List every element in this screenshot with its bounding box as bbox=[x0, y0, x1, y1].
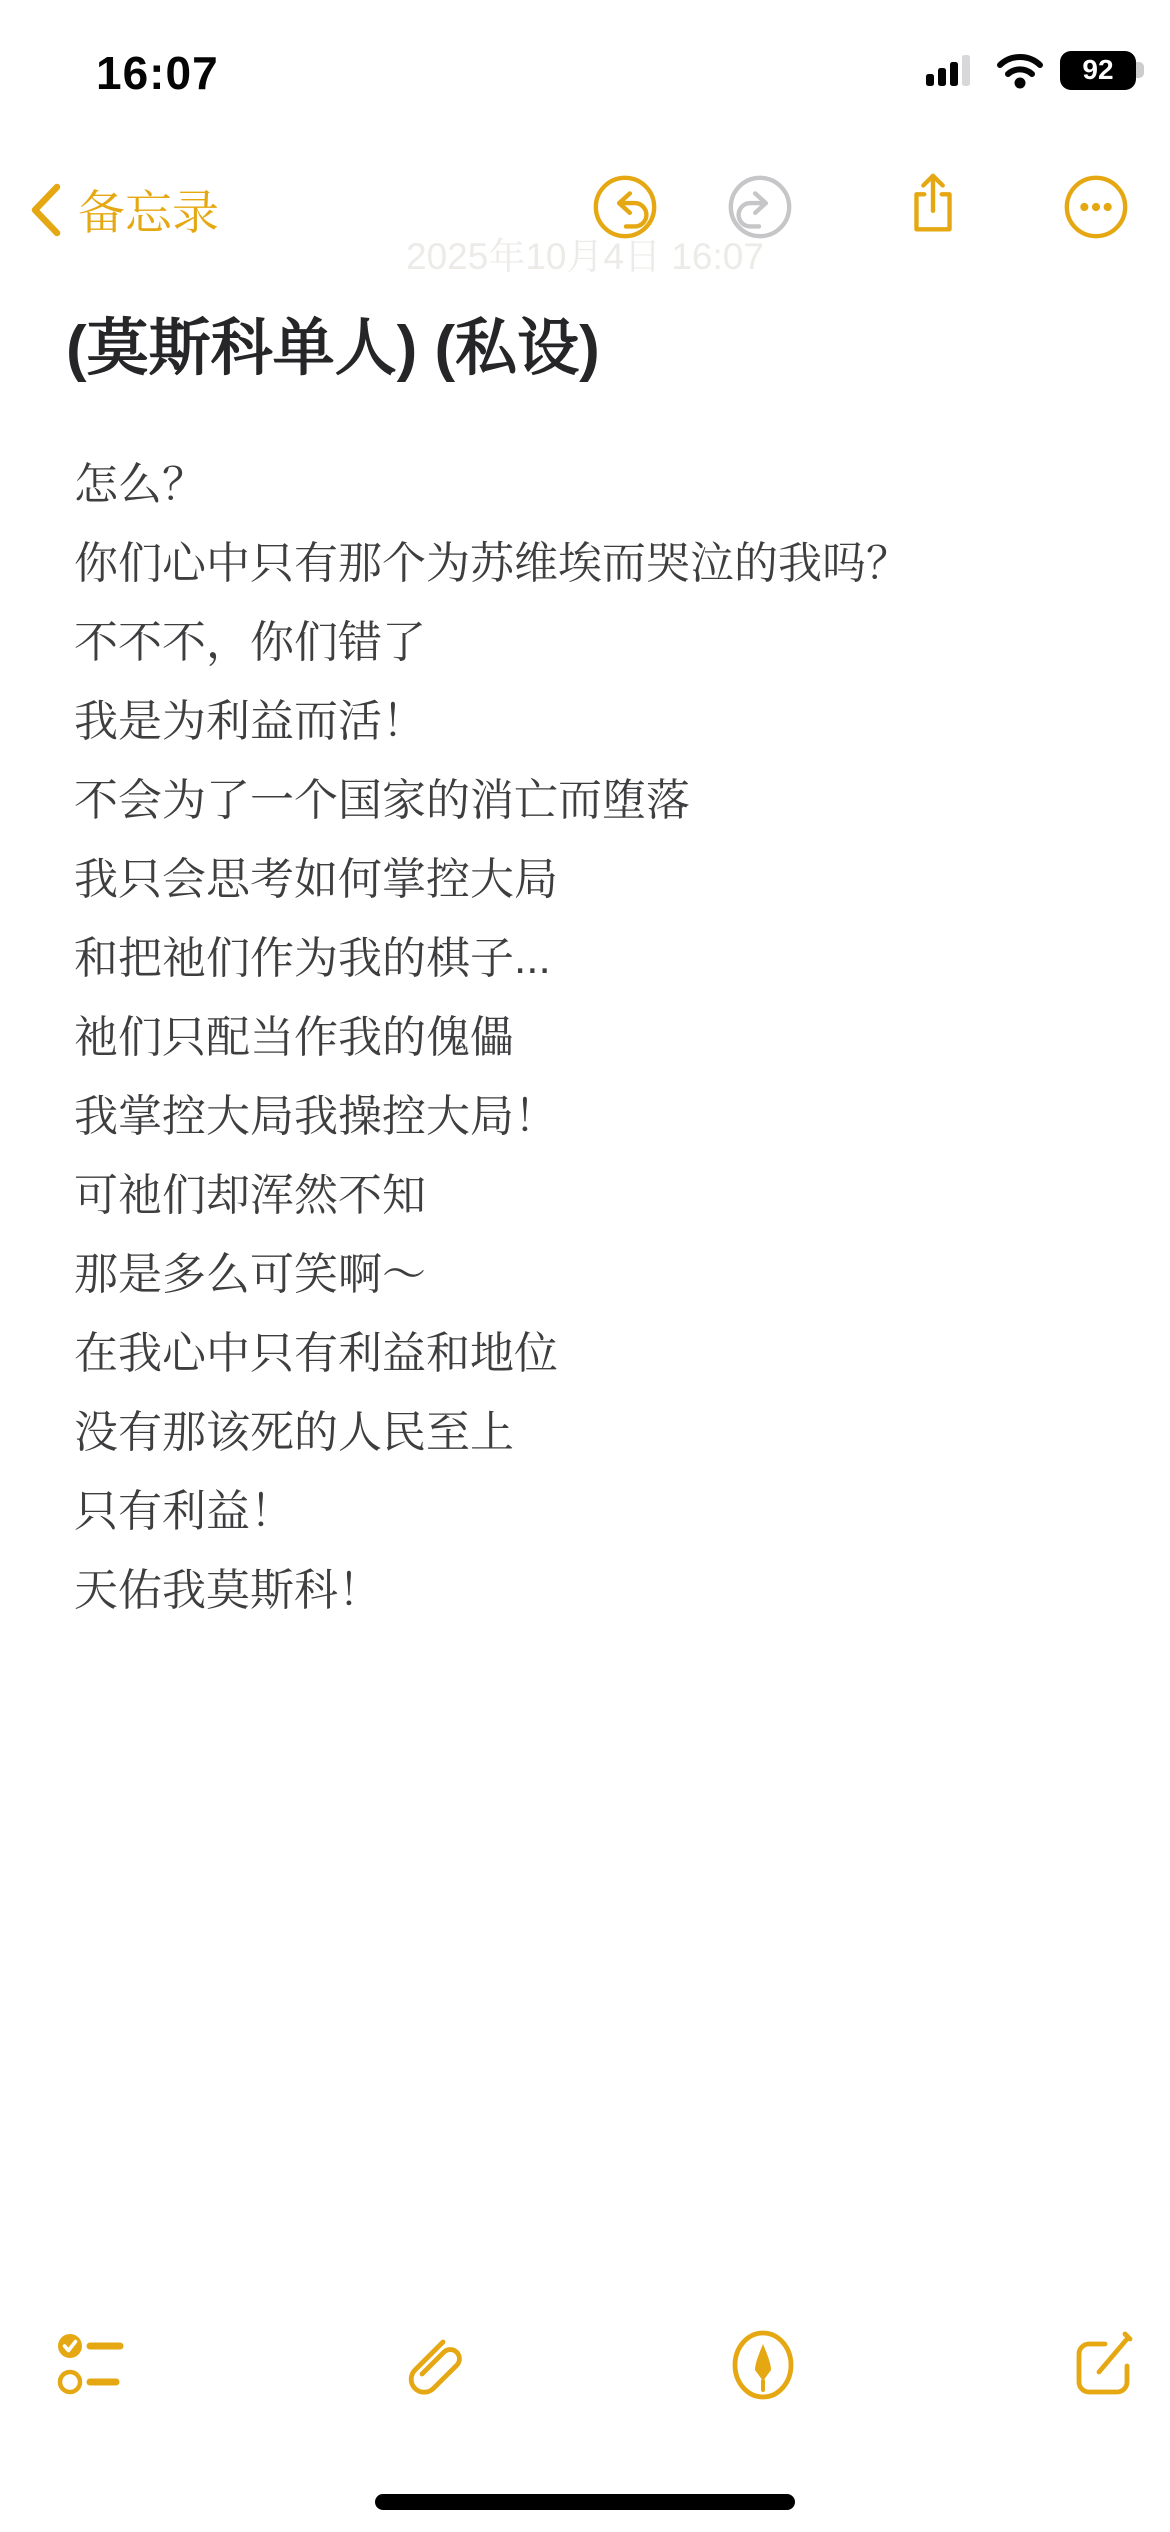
cellular-signal-icon bbox=[924, 50, 980, 90]
note-line[interactable]: 只有利益！ bbox=[74, 1467, 1140, 1546]
chevron-left-icon bbox=[26, 180, 66, 240]
battery-tip bbox=[1136, 62, 1144, 78]
compose-button[interactable] bbox=[1063, 2326, 1141, 2404]
wifi-icon bbox=[994, 50, 1046, 90]
battery-indicator: 92 bbox=[1060, 51, 1144, 90]
note-line[interactable]: 天佑我莫斯科！ bbox=[74, 1546, 1140, 1625]
battery-percent: 92 bbox=[1060, 51, 1136, 90]
home-indicator[interactable] bbox=[375, 2494, 795, 2510]
note-body[interactable]: 怎么？ 你们心中只有那个为苏维埃而哭泣的我吗？ 不不不，你们错了 我是为利益而活… bbox=[74, 440, 1140, 1625]
note-line[interactable]: 在我心中只有利益和地位 bbox=[74, 1309, 1140, 1388]
note-line[interactable]: 我掌控大局我操控大局！ bbox=[74, 1072, 1140, 1151]
back-button-label: 备忘录 bbox=[78, 176, 219, 243]
status-time: 16:07 bbox=[96, 46, 219, 100]
note-line[interactable]: 你们心中只有那个为苏维埃而哭泣的我吗？ bbox=[74, 519, 1140, 598]
back-button[interactable]: 备忘录 bbox=[26, 176, 219, 243]
attachment-paperclip-button[interactable] bbox=[393, 2326, 471, 2404]
note-line[interactable]: 我是为利益而活！ bbox=[74, 677, 1140, 756]
redo-button[interactable] bbox=[725, 172, 795, 242]
notes-app-screen: 16:07 92 2025年10月4日 16:07 备忘录 bbox=[0, 0, 1170, 2532]
note-line[interactable]: 祂们只配当作我的傀儡 bbox=[74, 993, 1140, 1072]
note-line[interactable]: 那是多么可笑啊～ bbox=[74, 1230, 1140, 1309]
checklist-button[interactable] bbox=[54, 2326, 132, 2404]
more-options-button[interactable] bbox=[1061, 172, 1131, 242]
note-line[interactable]: 不不不，你们错了 bbox=[74, 598, 1140, 677]
status-right-cluster: 92 bbox=[924, 50, 1144, 90]
note-line[interactable]: 不会为了一个国家的消亡而堕落 bbox=[74, 756, 1140, 835]
undo-button[interactable] bbox=[590, 172, 660, 242]
share-button[interactable] bbox=[898, 168, 968, 238]
note-line[interactable]: 怎么？ bbox=[74, 440, 1140, 519]
note-line[interactable]: 可祂们却浑然不知 bbox=[74, 1151, 1140, 1230]
note-line[interactable]: 和把祂们作为我的棋子... bbox=[74, 914, 1140, 993]
markup-pen-button[interactable] bbox=[724, 2326, 802, 2404]
note-line[interactable]: 没有那该死的人民至上 bbox=[74, 1388, 1140, 1467]
note-line[interactable]: 我只会思考如何掌控大局 bbox=[74, 835, 1140, 914]
note-title[interactable]: (莫斯科单人) (私设) bbox=[66, 298, 600, 387]
